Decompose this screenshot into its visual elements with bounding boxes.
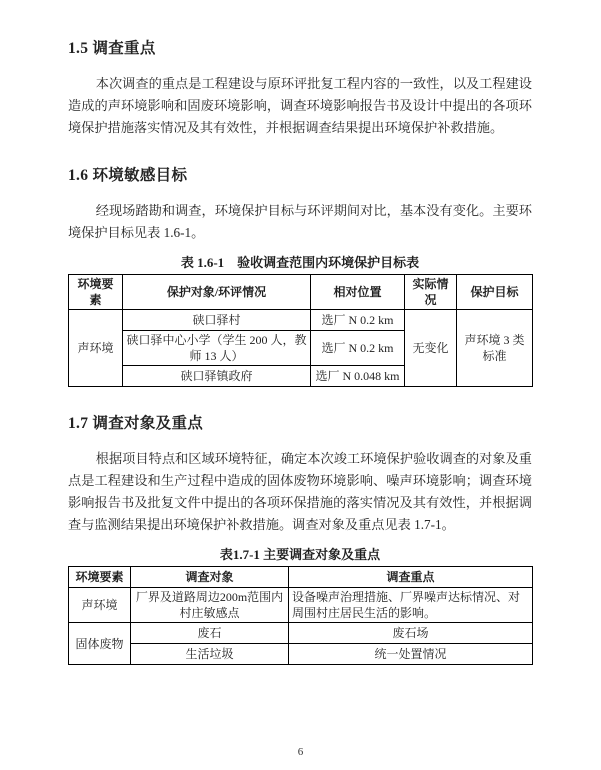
section-1-6-paragraph: 经现场踏勘和调查，环境保护目标与环评期间对比，基本没有变化。主要环境保护目标见表…: [68, 200, 532, 244]
cell-survey-focus: 废石场: [289, 623, 533, 644]
cell-position: 选厂 N 0.2 km: [311, 310, 405, 331]
table-row: 生活垃圾 统一处置情况: [69, 644, 533, 665]
cell-survey-object: 废石: [131, 623, 289, 644]
cell-survey-object: 厂界及道路周边200m范围内村庄敏感点: [131, 588, 289, 623]
table-row: 声环境 厂界及道路周边200m范围内村庄敏感点 设备噪声治理措施、厂界噪声达标情…: [69, 588, 533, 623]
table-row: 固体废物 废石 废石场: [69, 623, 533, 644]
table-1-7-1-caption: 表1.7-1 主要调查对象及重点: [68, 544, 532, 563]
section-heading-1-7: 1.7 调查对象及重点: [68, 411, 532, 433]
section-heading-1-6: 1.6 环境敏感目标: [68, 163, 532, 185]
table-1-6-1-caption: 表 1.6-1 验收调查范围内环境保护目标表: [68, 252, 532, 271]
cell-survey-focus: 统一处置情况: [289, 644, 533, 665]
table-header-row: 环境要素 调查对象 调查重点: [69, 567, 533, 588]
cell-goal: 声环境 3 类标准: [457, 310, 533, 387]
section-heading-1-5: 1.5 调查重点: [68, 36, 532, 58]
cell-target: 硖口驿镇政府: [123, 366, 311, 387]
cell-survey-object: 生活垃圾: [131, 644, 289, 665]
table-header-row: 环境要素 保护对象/环评情况 相对位置 实际情况 保护目标: [69, 275, 533, 310]
header-cell-survey-focus: 调查重点: [289, 567, 533, 588]
header-cell-protection-goal: 保护目标: [457, 275, 533, 310]
cell-environment-element: 声环境: [69, 310, 123, 387]
cell-position: 选厂 N 0.2 km: [311, 331, 405, 366]
table-1-6-1: 环境要素 保护对象/环评情况 相对位置 实际情况 保护目标 声环境 硖口驿村 选…: [68, 274, 533, 387]
document-page: 1.5 调查重点 本次调查的重点是工程建设与原环评批复工程内容的一致性，以及工程…: [0, 0, 601, 770]
cell-environment-element: 声环境: [69, 588, 131, 623]
header-cell-environment-element: 环境要素: [69, 275, 123, 310]
header-cell-protection-target: 保护对象/环评情况: [123, 275, 311, 310]
header-cell-survey-object: 调查对象: [131, 567, 289, 588]
header-cell-relative-position: 相对位置: [311, 275, 405, 310]
cell-survey-focus: 设备噪声治理措施、厂界噪声达标情况、对周围村庄居民生活的影响。: [289, 588, 533, 623]
page-number: 6: [0, 746, 601, 758]
cell-environment-element: 固体废物: [69, 623, 131, 665]
table-row: 声环境 硖口驿村 选厂 N 0.2 km 无变化 声环境 3 类标准: [69, 310, 533, 331]
table-1-7-1: 环境要素 调查对象 调查重点 声环境 厂界及道路周边200m范围内村庄敏感点 设…: [68, 566, 533, 665]
header-cell-environment-element: 环境要素: [69, 567, 131, 588]
cell-target: 硖口驿村: [123, 310, 311, 331]
header-cell-actual-situation: 实际情况: [405, 275, 457, 310]
cell-target: 硖口驿中心小学（学生 200 人，教师 13 人）: [123, 331, 311, 366]
section-1-5-paragraph: 本次调查的重点是工程建设与原环评批复工程内容的一致性，以及工程建设造成的声环境影…: [68, 73, 532, 139]
cell-position: 选厂 N 0.048 km: [311, 366, 405, 387]
cell-actual: 无变化: [405, 310, 457, 387]
section-1-7-paragraph: 根据项目特点和区域环境特征，确定本次竣工环境保护验收调查的对象及重点是工程建设和…: [68, 448, 532, 536]
